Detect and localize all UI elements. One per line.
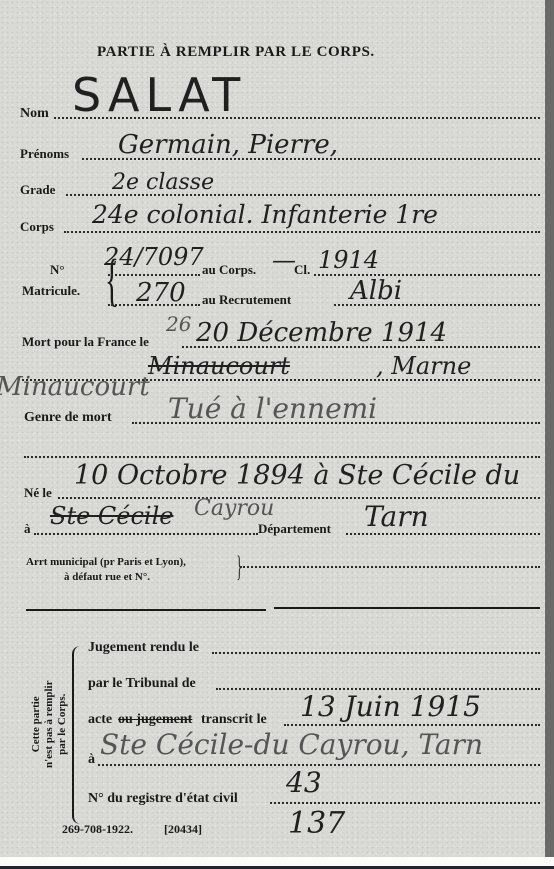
- nom-label: Nom: [20, 106, 49, 122]
- matricule-corps-line: [108, 274, 200, 276]
- ne-le-value: 10 Octobre 1894 à Ste Cécile du: [74, 460, 520, 491]
- side-note-line-3: par le Corps.: [56, 681, 69, 769]
- recrutement-place-value: Albi: [350, 276, 402, 306]
- matricule-no-label: N°: [50, 262, 65, 278]
- death-record-card: PARTIE À REMPLIR PAR LE CORPS. Nom SALAT…: [0, 0, 545, 857]
- genre-label: Genre de mort: [24, 410, 112, 426]
- prenoms-value: Germain, Pierre,: [118, 130, 338, 160]
- departement-label: Département: [258, 521, 331, 537]
- mort-date-value: 20 Décembre 1914: [196, 318, 447, 348]
- print-ref: [20434]: [164, 822, 202, 837]
- acte-line: [284, 724, 540, 726]
- departement-value: Tarn: [364, 500, 429, 533]
- acte-date-value: 13 Juin 1915: [300, 690, 481, 723]
- ne-a-line: [34, 533, 258, 535]
- arrondissement-label-2: à défaut rue et N°.: [64, 571, 150, 583]
- section-divider-left: [26, 609, 266, 611]
- genre-value: Tué à l'ennemi: [168, 392, 377, 425]
- mort-day-correction: 26: [166, 312, 191, 336]
- matricule-label: Matricule.: [22, 283, 80, 299]
- arrondissement-line: [240, 566, 540, 568]
- section-divider-right: [274, 607, 540, 609]
- ne-le-line: [58, 497, 540, 499]
- classe-label: Cl.: [294, 262, 310, 278]
- mort-place-dept: , Marne: [376, 352, 471, 380]
- blank-line: [24, 456, 540, 458]
- corps-value: 24e colonial. Infanterie 1re: [92, 200, 438, 229]
- corps-label: Corps: [20, 219, 54, 235]
- lieu-label: à: [88, 752, 95, 768]
- classe-prefix: —: [272, 246, 296, 274]
- scan-edge: [545, 0, 554, 857]
- departement-line: [346, 533, 540, 535]
- mort-place-struck: Minaucourt: [148, 352, 290, 380]
- au-recrutement-label: au Recrutement: [202, 292, 291, 308]
- registre-line: [270, 802, 540, 804]
- mort-place-margin: Minaucourt: [0, 372, 150, 402]
- jugement-line: [212, 652, 540, 654]
- acte-label-a: acte: [88, 712, 112, 728]
- nom-value: SALAT: [72, 68, 246, 122]
- ne-le-label: Né le: [24, 485, 52, 501]
- mort-label: Mort pour la France le: [22, 334, 149, 350]
- acte-label-struck: ou jugement: [118, 712, 192, 728]
- registre-value: 43: [286, 766, 322, 799]
- ne-a-value: Cayrou: [194, 496, 274, 521]
- registre-value-2: 137: [288, 806, 345, 841]
- lower-brace: [72, 646, 80, 824]
- print-code: 269-708-1922.: [62, 822, 133, 837]
- acte-label-b: transcrit le: [201, 712, 267, 728]
- classe-line: [314, 274, 540, 276]
- jugement-label: Jugement rendu le: [88, 640, 199, 656]
- matricule-recrutement-value: 270: [136, 278, 186, 308]
- form-title: PARTIE À REMPLIR PAR LE CORPS.: [97, 44, 375, 61]
- au-corps-label: au Corps.: [202, 262, 256, 278]
- ne-a-struck: Ste Cécile: [50, 502, 173, 530]
- matricule-corps-value: 24/7097: [104, 243, 204, 271]
- classe-value: 1914: [318, 246, 379, 274]
- grade-value: 2e classe: [112, 170, 214, 195]
- side-note-line-1: Cette partie: [30, 681, 43, 769]
- tribunal-label: par le Tribunal de: [88, 676, 196, 692]
- side-note-line-2: n'est pas à remplir: [43, 681, 56, 769]
- grade-label: Grade: [20, 182, 55, 198]
- lieu-value: Ste Cécile-du Cayrou, Tarn: [100, 728, 483, 761]
- prenoms-label: Prénoms: [20, 146, 69, 162]
- registre-label: N° du registre d'état civil: [88, 791, 238, 807]
- corps-line: [64, 231, 540, 233]
- ne-a-label: à: [24, 521, 31, 537]
- side-note: Cette partie n'est pas à remplir par le …: [30, 681, 69, 769]
- arrondissement-label-1: Arrt municipal (pr Paris et Lyon),: [26, 556, 186, 568]
